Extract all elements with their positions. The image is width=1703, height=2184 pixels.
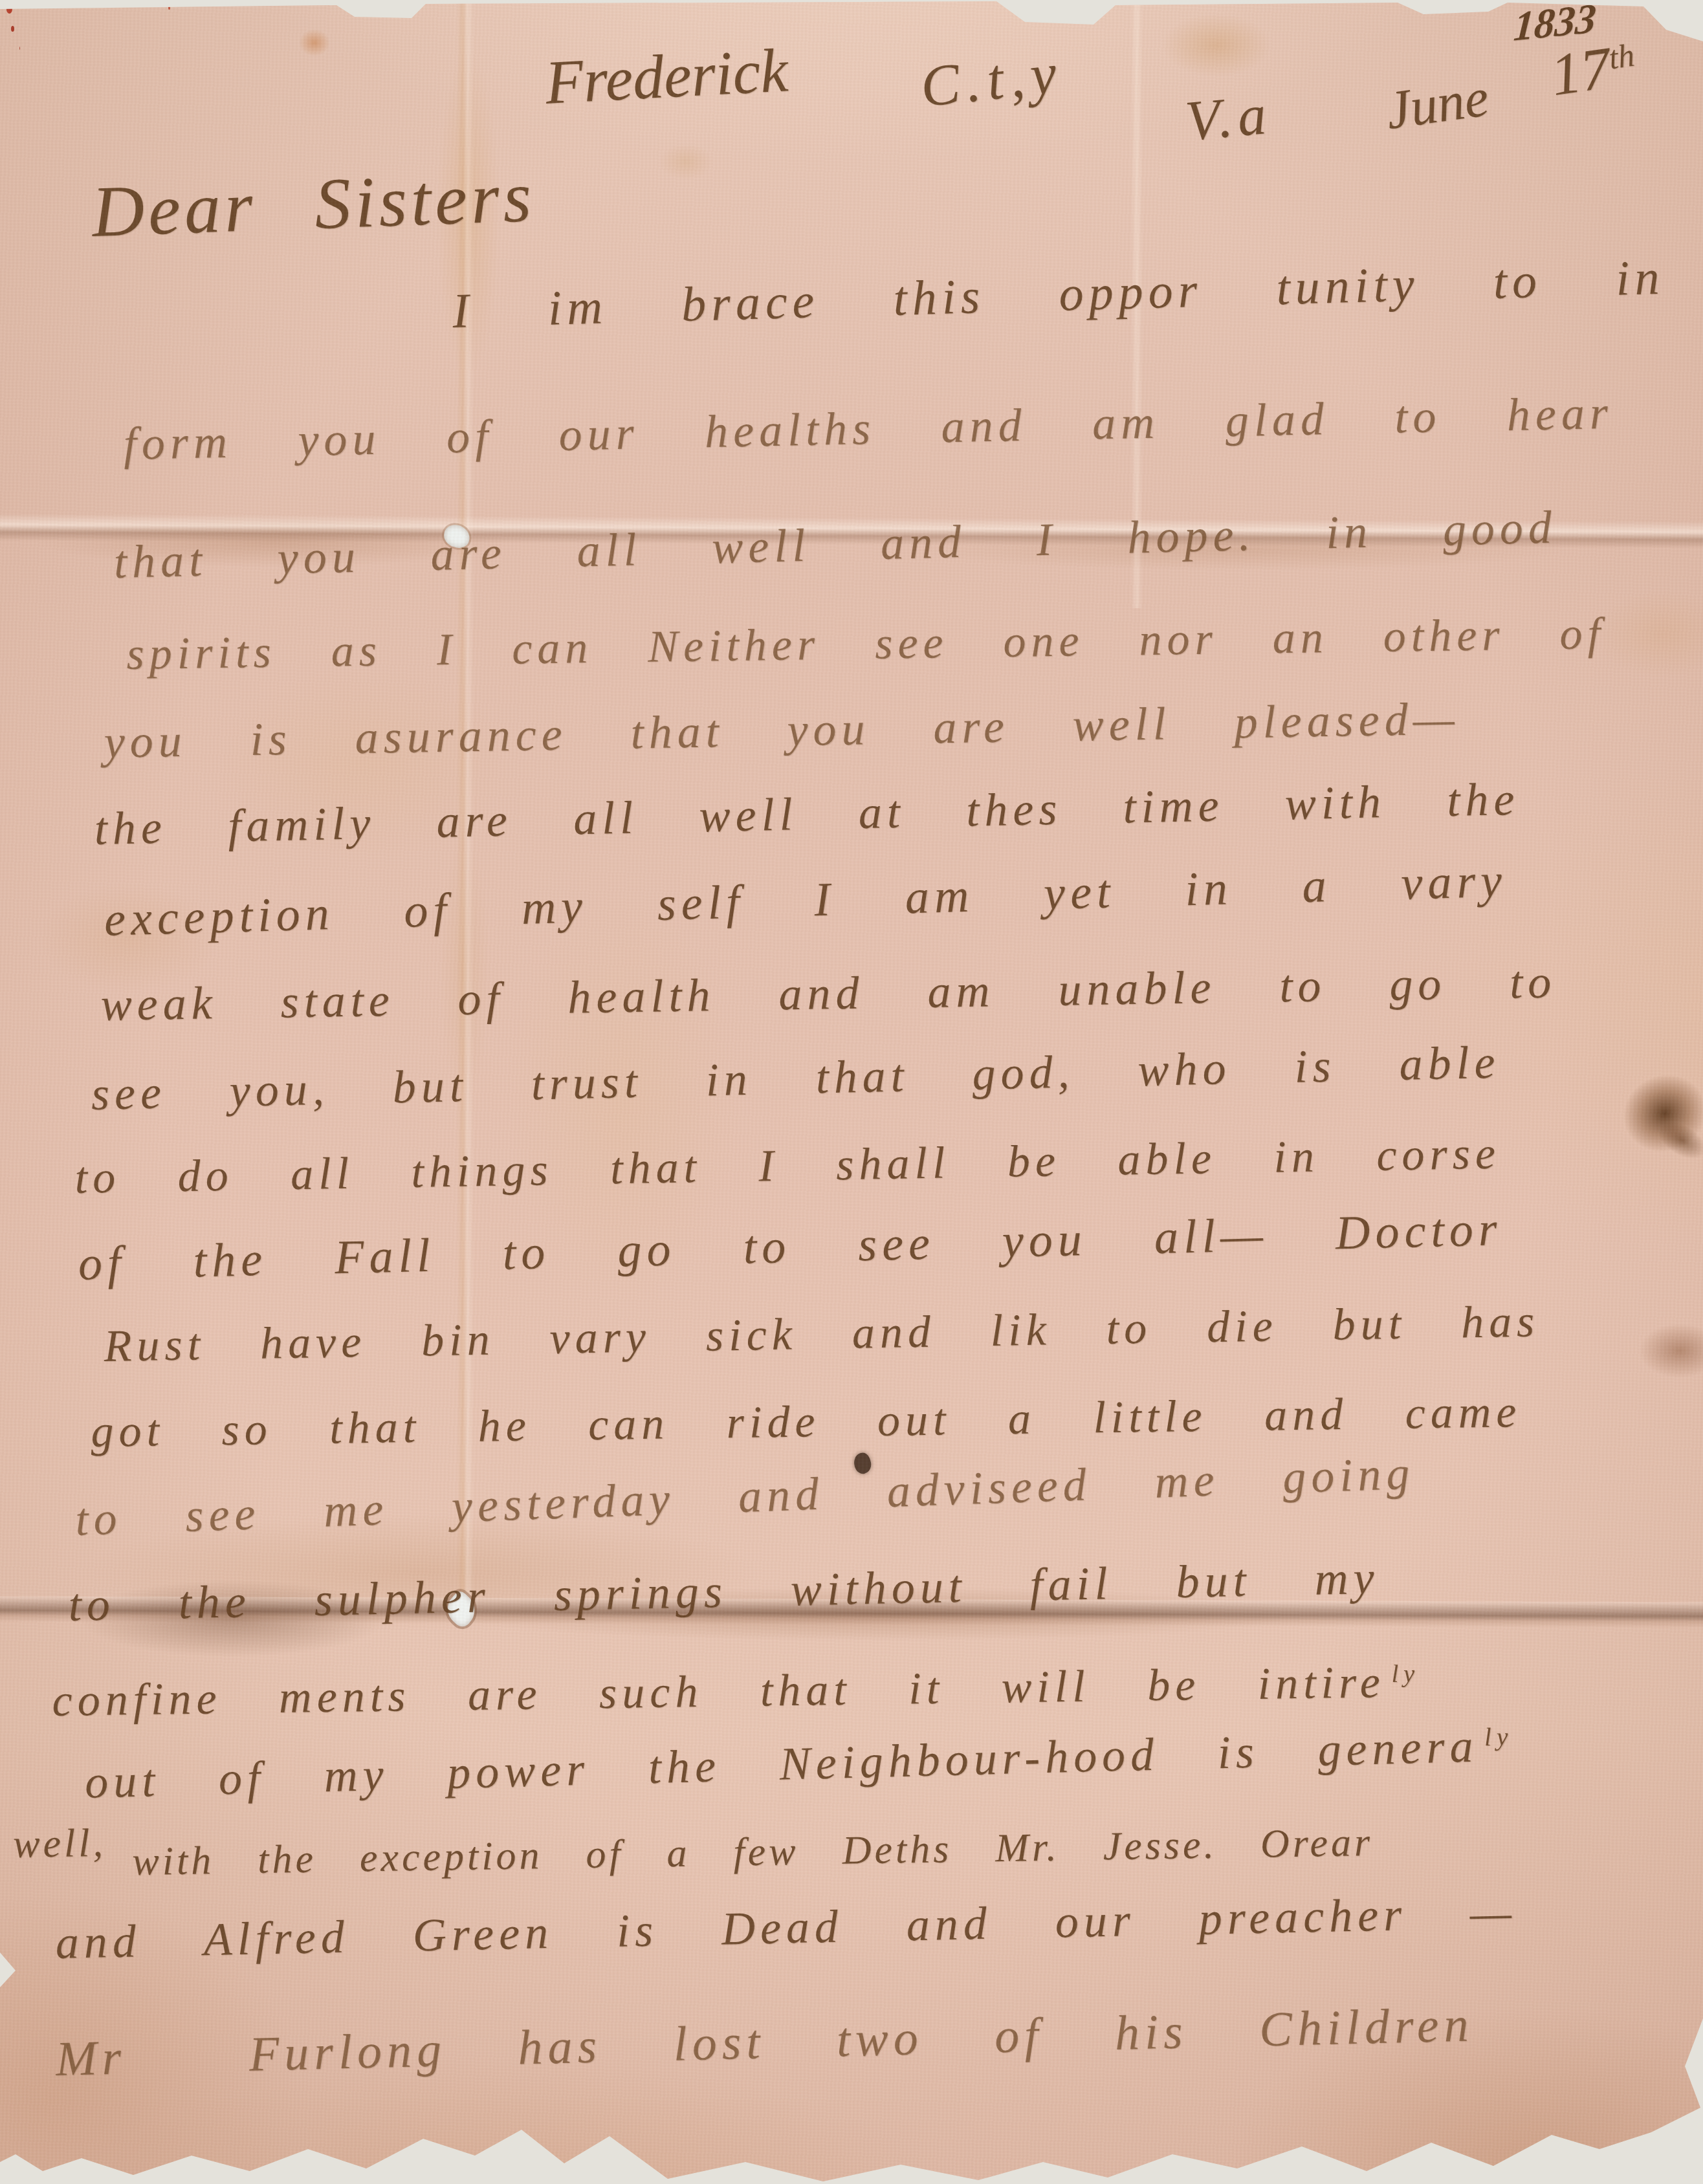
heading-month: June	[1382, 66, 1493, 142]
letter-line-text: to do all things that I shall be able in…	[74, 1129, 1500, 1203]
letter-line-text: weak state of health and am unable to go…	[100, 956, 1557, 1031]
letter-line-text: to see me yesterday and adviseed me goin…	[74, 1447, 1415, 1545]
heading-day-suffix: th	[1607, 37, 1637, 76]
letter-line-text: I im brace this oppor tunity to in	[452, 250, 1665, 338]
letter-line: see you, but trust in that god, who is a…	[91, 1036, 1500, 1121]
heading-day: 17th	[1546, 30, 1640, 109]
letter-line: I im brace this oppor tunity to in	[452, 250, 1665, 340]
letter-line-inserted-word: Mr	[55, 2029, 127, 2088]
heading-county-abbr: C.t,y	[917, 39, 1066, 120]
letter-line-text: of the Fall to go to see you all— Doctor	[78, 1203, 1502, 1291]
letter-line: spirits as I can Neither see one nor an …	[126, 608, 1605, 681]
letter-line: to the sulpher springs without fail but …	[68, 1551, 1379, 1632]
letter-line: confine ments are such that it will be i…	[52, 1656, 1420, 1727]
letter-line: and Alfred Green is Dead and our preache…	[55, 1886, 1517, 1970]
letter-line-inserted-word: well,	[13, 1820, 107, 1868]
red-specks-top-left	[6, 5, 12, 14]
letter-line: MrFurlong has lost two of his Children	[55, 1996, 1474, 2088]
letter-line-text: form you of our healths and am glad to h…	[123, 387, 1614, 470]
letter-line: that you are all well and I hope. in goo…	[113, 501, 1557, 589]
letter-line-text: see you, but trust in that god, who is a…	[91, 1036, 1500, 1120]
letter-line: out of my power the Neighbour-hood is ge…	[84, 1718, 1514, 1809]
letter-line: you is asurance that you are well please…	[104, 692, 1460, 769]
letter-line: of the Fall to go to see you all— Doctor	[78, 1202, 1503, 1292]
letter-line: Rust have bin vary sick and lik to die b…	[104, 1296, 1540, 1373]
letter-line: form you of our healths and am glad to h…	[123, 386, 1614, 471]
letter-line-text: you is asurance that you are well please…	[104, 692, 1460, 768]
letter-line-text: exception of my self I am yet in a vary	[104, 854, 1508, 946]
letter-line-text: the family are all well at thes time wit…	[94, 773, 1520, 855]
letter-page: 1833 Frederick C.t,y V.a June 17th Dear …	[0, 0, 1703, 2184]
salutation: Dear Sisters	[91, 155, 536, 254]
letter-line-text: to the sulpher springs without fail but …	[68, 1552, 1379, 1631]
letter-line-text: and Alfred Green is Dead and our preache…	[55, 1886, 1517, 1969]
heading-place: Frederick	[544, 34, 789, 118]
letter-line: weak state of health and am unable to go…	[100, 955, 1557, 1032]
letter-line-text: Rust have bin vary sick and lik to die b…	[104, 1296, 1540, 1371]
letter-line: to do all things that I shall be able in…	[74, 1128, 1501, 1205]
letter-line: got so that he can ride out a little and…	[91, 1386, 1522, 1458]
letter-line-text: Furlong has lost two of his Children	[248, 1997, 1475, 2081]
heading-day-number: 17	[1546, 34, 1614, 108]
letter-line-text: that you are all well and I hope. in goo…	[113, 501, 1557, 588]
letter-line-text: spirits as I can Neither see one nor an …	[126, 609, 1605, 679]
heading-state-abbr: V.a	[1183, 82, 1274, 154]
letter-line-superscript: ly	[1484, 1722, 1513, 1751]
letter-line-text: got so that he can ride out a little and…	[91, 1387, 1522, 1457]
letter-line: well,with the exception of a few Deths M…	[13, 1820, 1374, 1887]
letter-line-text: with the exception of a few Deths Mr. Je…	[132, 1820, 1374, 1884]
letter-line-superscript: ly	[1391, 1660, 1420, 1688]
letter-line-text: confine ments are such that it will be i…	[52, 1657, 1385, 1726]
letter-line-text: out of my power the Neighbour-hood is ge…	[84, 1720, 1478, 1808]
letter-line: to see me yesterday and adviseed me goin…	[74, 1447, 1416, 1547]
letter-line: exception of my self I am yet in a vary	[104, 853, 1508, 948]
letter-line: the family are all well at thes time wit…	[94, 772, 1520, 856]
